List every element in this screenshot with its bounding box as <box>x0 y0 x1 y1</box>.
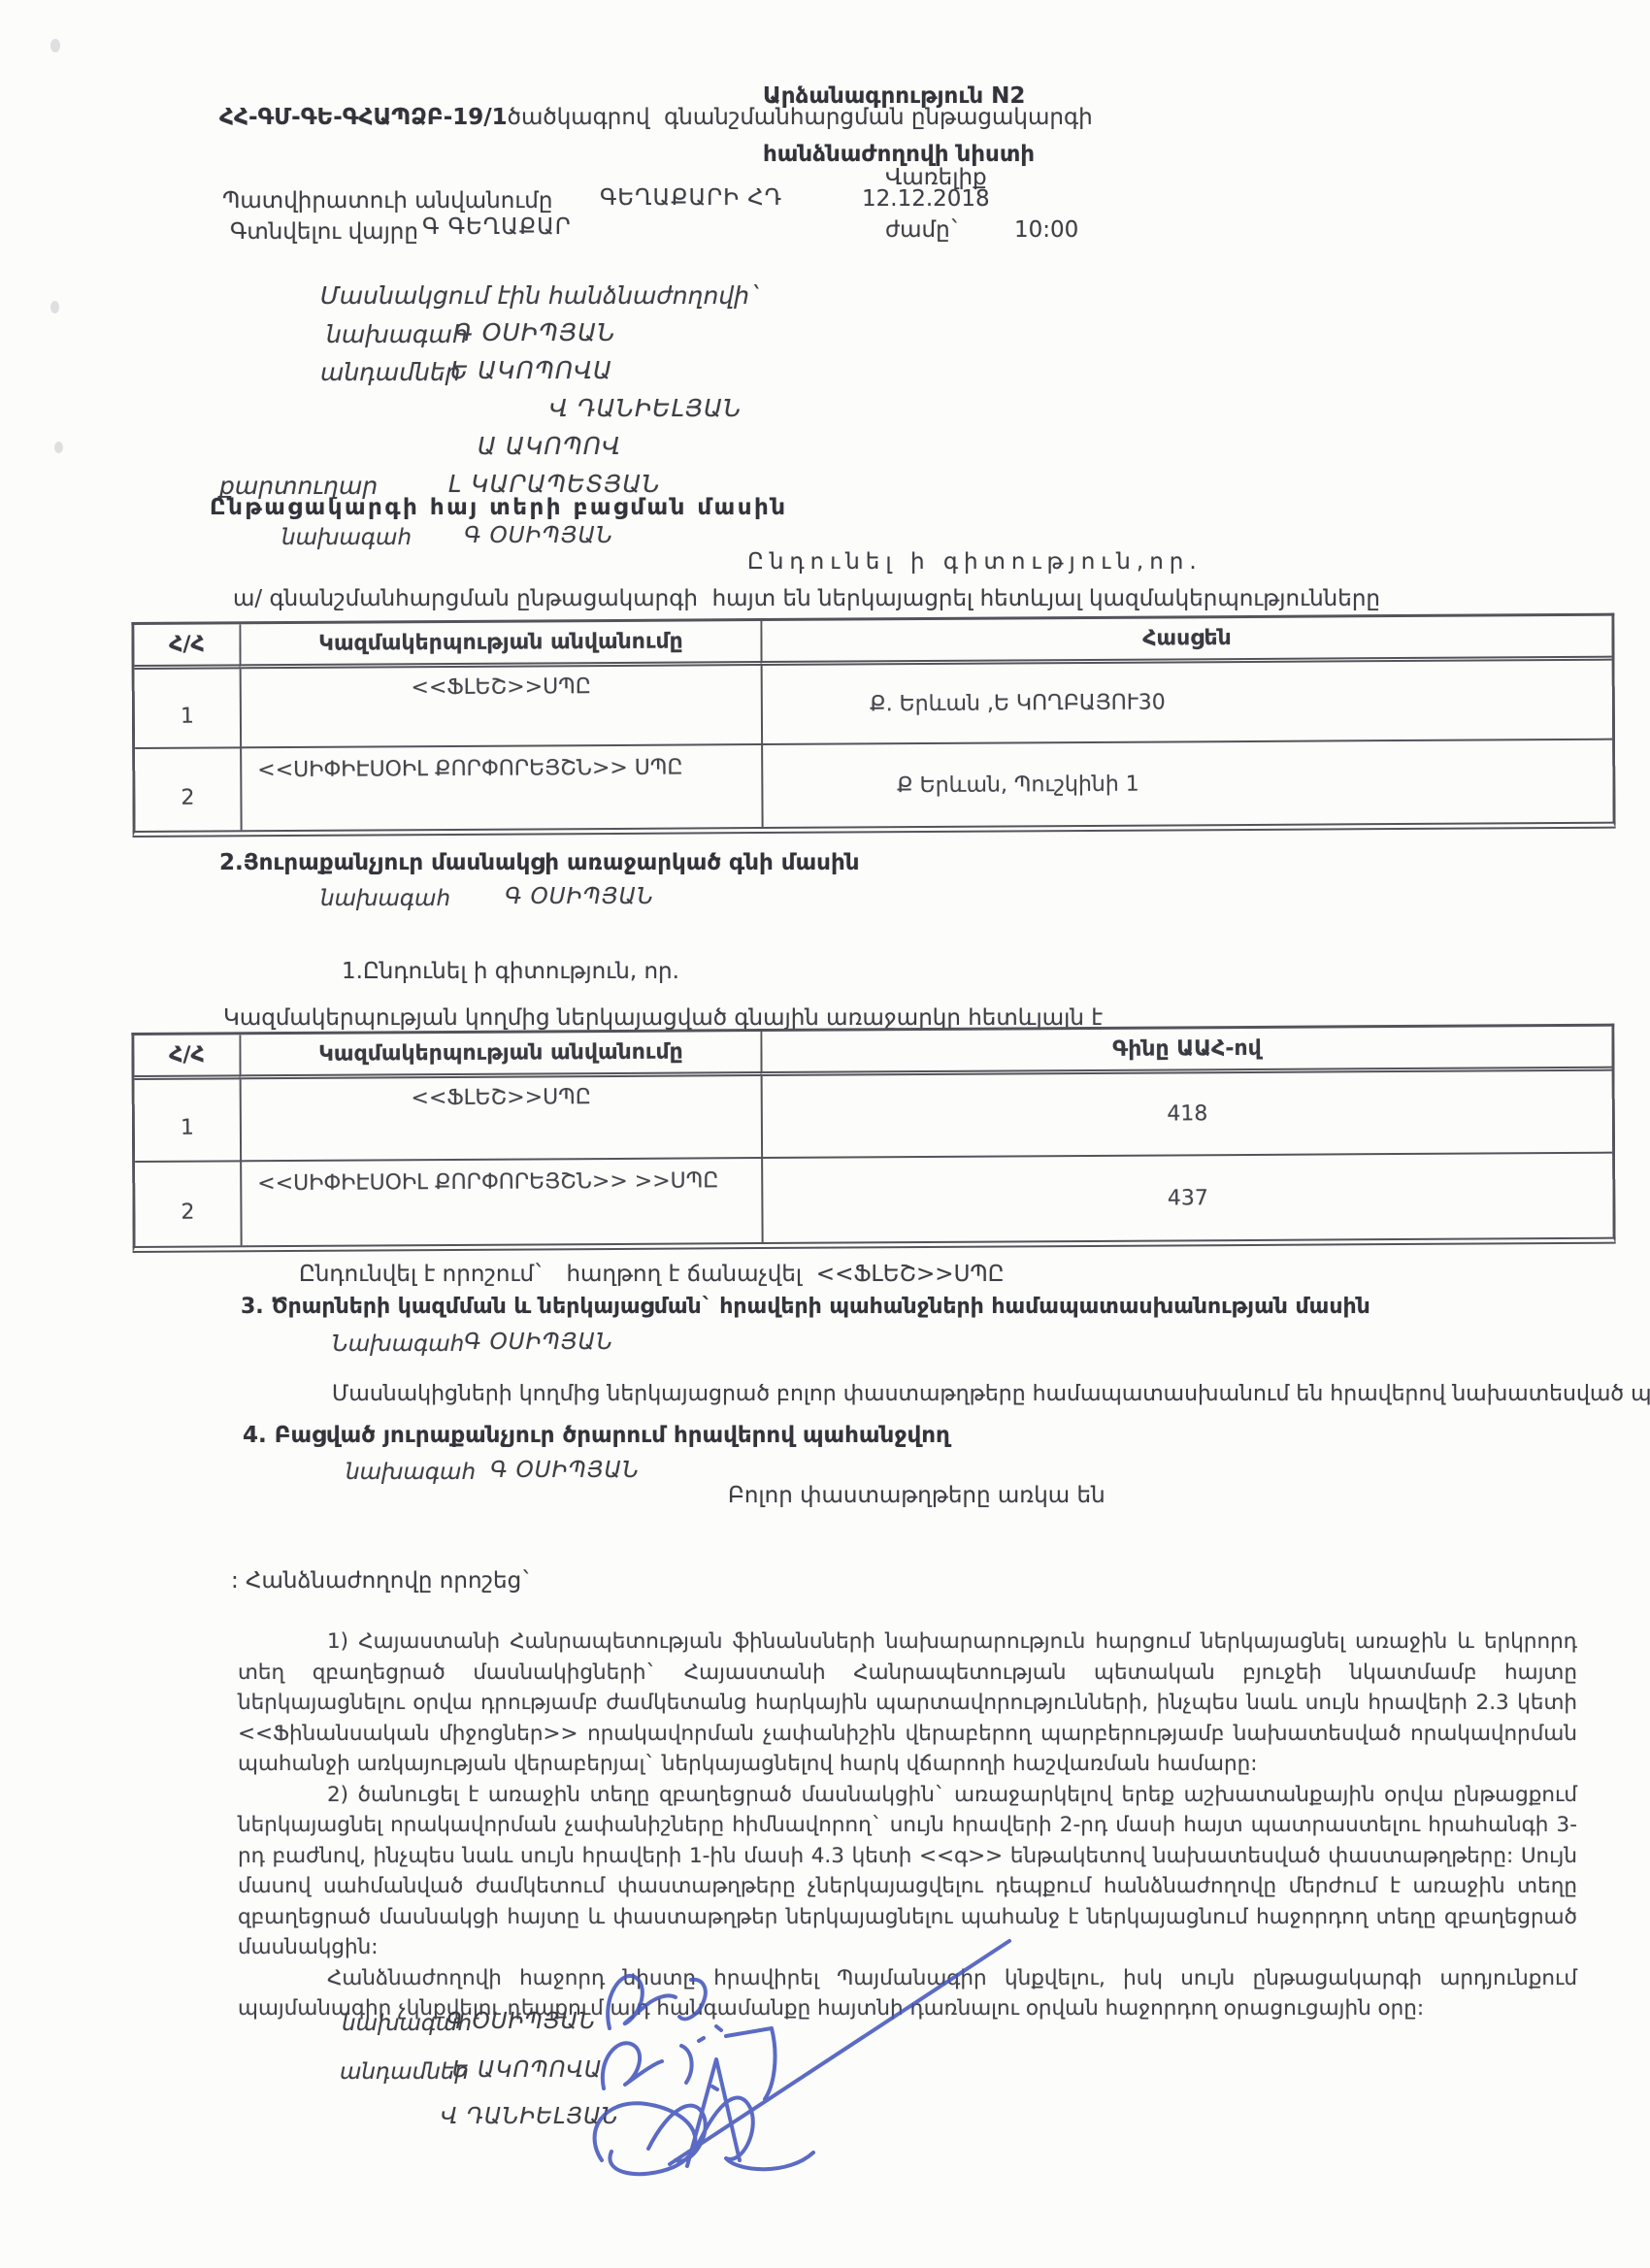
handwritten-signatures <box>0 0 1650 2268</box>
scan-smudge <box>50 301 59 313</box>
member-signature-stroke <box>670 1941 1009 2164</box>
member-signature-stroke <box>595 2103 696 2174</box>
scanned-protocol-document: Արձանագրություն N2 ՀՀ-ԳՄ-ԳԵ-ԳՀԱՊՁԲ-19/1ծ… <box>0 0 1650 2268</box>
scan-smudge <box>50 39 60 52</box>
chairman-signature-stroke <box>679 1980 721 2030</box>
member-signature-stroke <box>603 2043 662 2088</box>
chairman-signature-stroke <box>608 1976 676 2028</box>
member-signature-stroke <box>726 2028 775 2099</box>
scan-smudge <box>54 442 63 453</box>
